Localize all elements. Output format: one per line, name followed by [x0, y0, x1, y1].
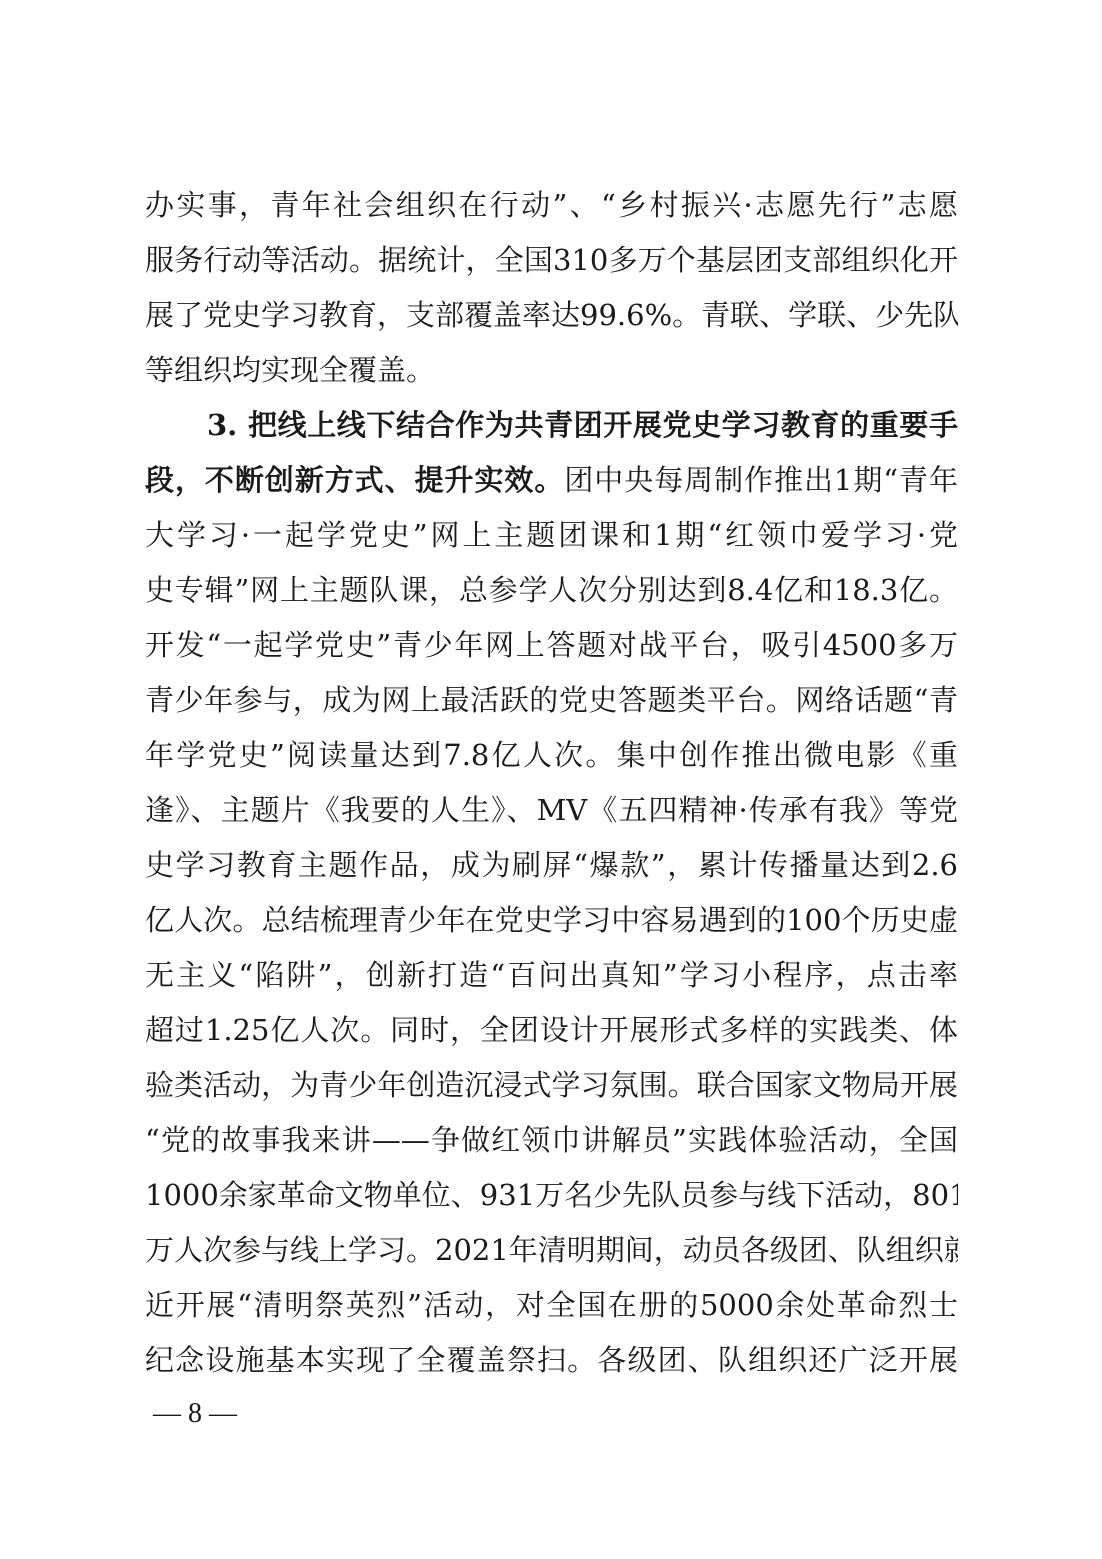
- text-line: 近开展“清明祭英烈”活动，对全国在册的5000余处革命烈士: [145, 1283, 958, 1338]
- document-page: 办实事，青年社会组织在行动”、“乡村振兴·志愿先行”志愿 服务行动等活动。据统计…: [0, 0, 1102, 1559]
- text-line: 展了党史学习教育，支部覆盖率达99.6%。青联、学联、少先队: [145, 293, 958, 348]
- text-line: 段，不断创新方式、提升实效。团中央每周制作推出1期“青年: [145, 458, 958, 513]
- text-line: 青少年参与，成为网上最活跃的党史答题类平台。网络话题“青: [145, 678, 958, 733]
- section-heading-tail: 段，不断创新方式、提升实效。: [145, 463, 564, 497]
- text-line: 史专辑”网上主题队课，总参学人次分别达到8.4亿和18.3亿。: [145, 568, 958, 623]
- text-line: 史学习教育主题作品，成为刷屏“爆款”，累计传播量达到2.6: [145, 843, 958, 898]
- text-line: 无主义“陷阱”，创新打造“百问出真知”学习小程序，点击率: [145, 953, 958, 1008]
- text-line: “党的故事我来讲——争做红领巾讲解员”实践体验活动，全国: [145, 1118, 958, 1173]
- text-line: 验类活动，为青少年创造沉浸式学习氛围。联合国家文物局开展: [145, 1063, 958, 1118]
- text-line: 大学习·一起学党史”网上主题团课和1期“红领巾爱学习·党: [145, 513, 958, 568]
- body-text: 办实事，青年社会组织在行动”、“乡村振兴·志愿先行”志愿 服务行动等活动。据统计…: [145, 183, 958, 1393]
- text-line: 超过1.25亿人次。同时，全团设计开展形式多样的实践类、体: [145, 1008, 958, 1063]
- text-line: 开发“一起学党史”青少年网上答题对战平台，吸引4500多万: [145, 623, 958, 678]
- text-line: 万人次参与线上学习。2021年清明期间，动员各级团、队组织就: [145, 1228, 958, 1283]
- text-line: 等组织均实现全覆盖。: [145, 348, 958, 403]
- text-span: 团中央每周制作推出1期“青年: [564, 463, 958, 497]
- text-line: 办实事，青年社会组织在行动”、“乡村振兴·志愿先行”志愿: [145, 183, 958, 238]
- page-number: — 8 —: [153, 1398, 237, 1430]
- text-line: 服务行动等活动。据统计，全国310多万个基层团支部组织化开: [145, 238, 958, 293]
- section-heading: 3. 把线上线下结合作为共青团开展党史学习教育的重要手: [145, 403, 958, 458]
- text-line: 年学党史”阅读量达到7.8亿人次。集中创作推出微电影《重: [145, 733, 958, 788]
- text-line: 亿人次。总结梳理青少年在党史学习中容易遇到的100个历史虚: [145, 898, 958, 953]
- text-line: 1000余家革命文物单位、931万名少先队员参与线下活动，8010: [145, 1173, 958, 1228]
- text-line: 纪念设施基本实现了全覆盖祭扫。各级团、队组织还广泛开展: [145, 1338, 958, 1393]
- text-line: 逢》、主题片《我要的人生》、MV《五四精神·传承有我》等党: [145, 788, 958, 843]
